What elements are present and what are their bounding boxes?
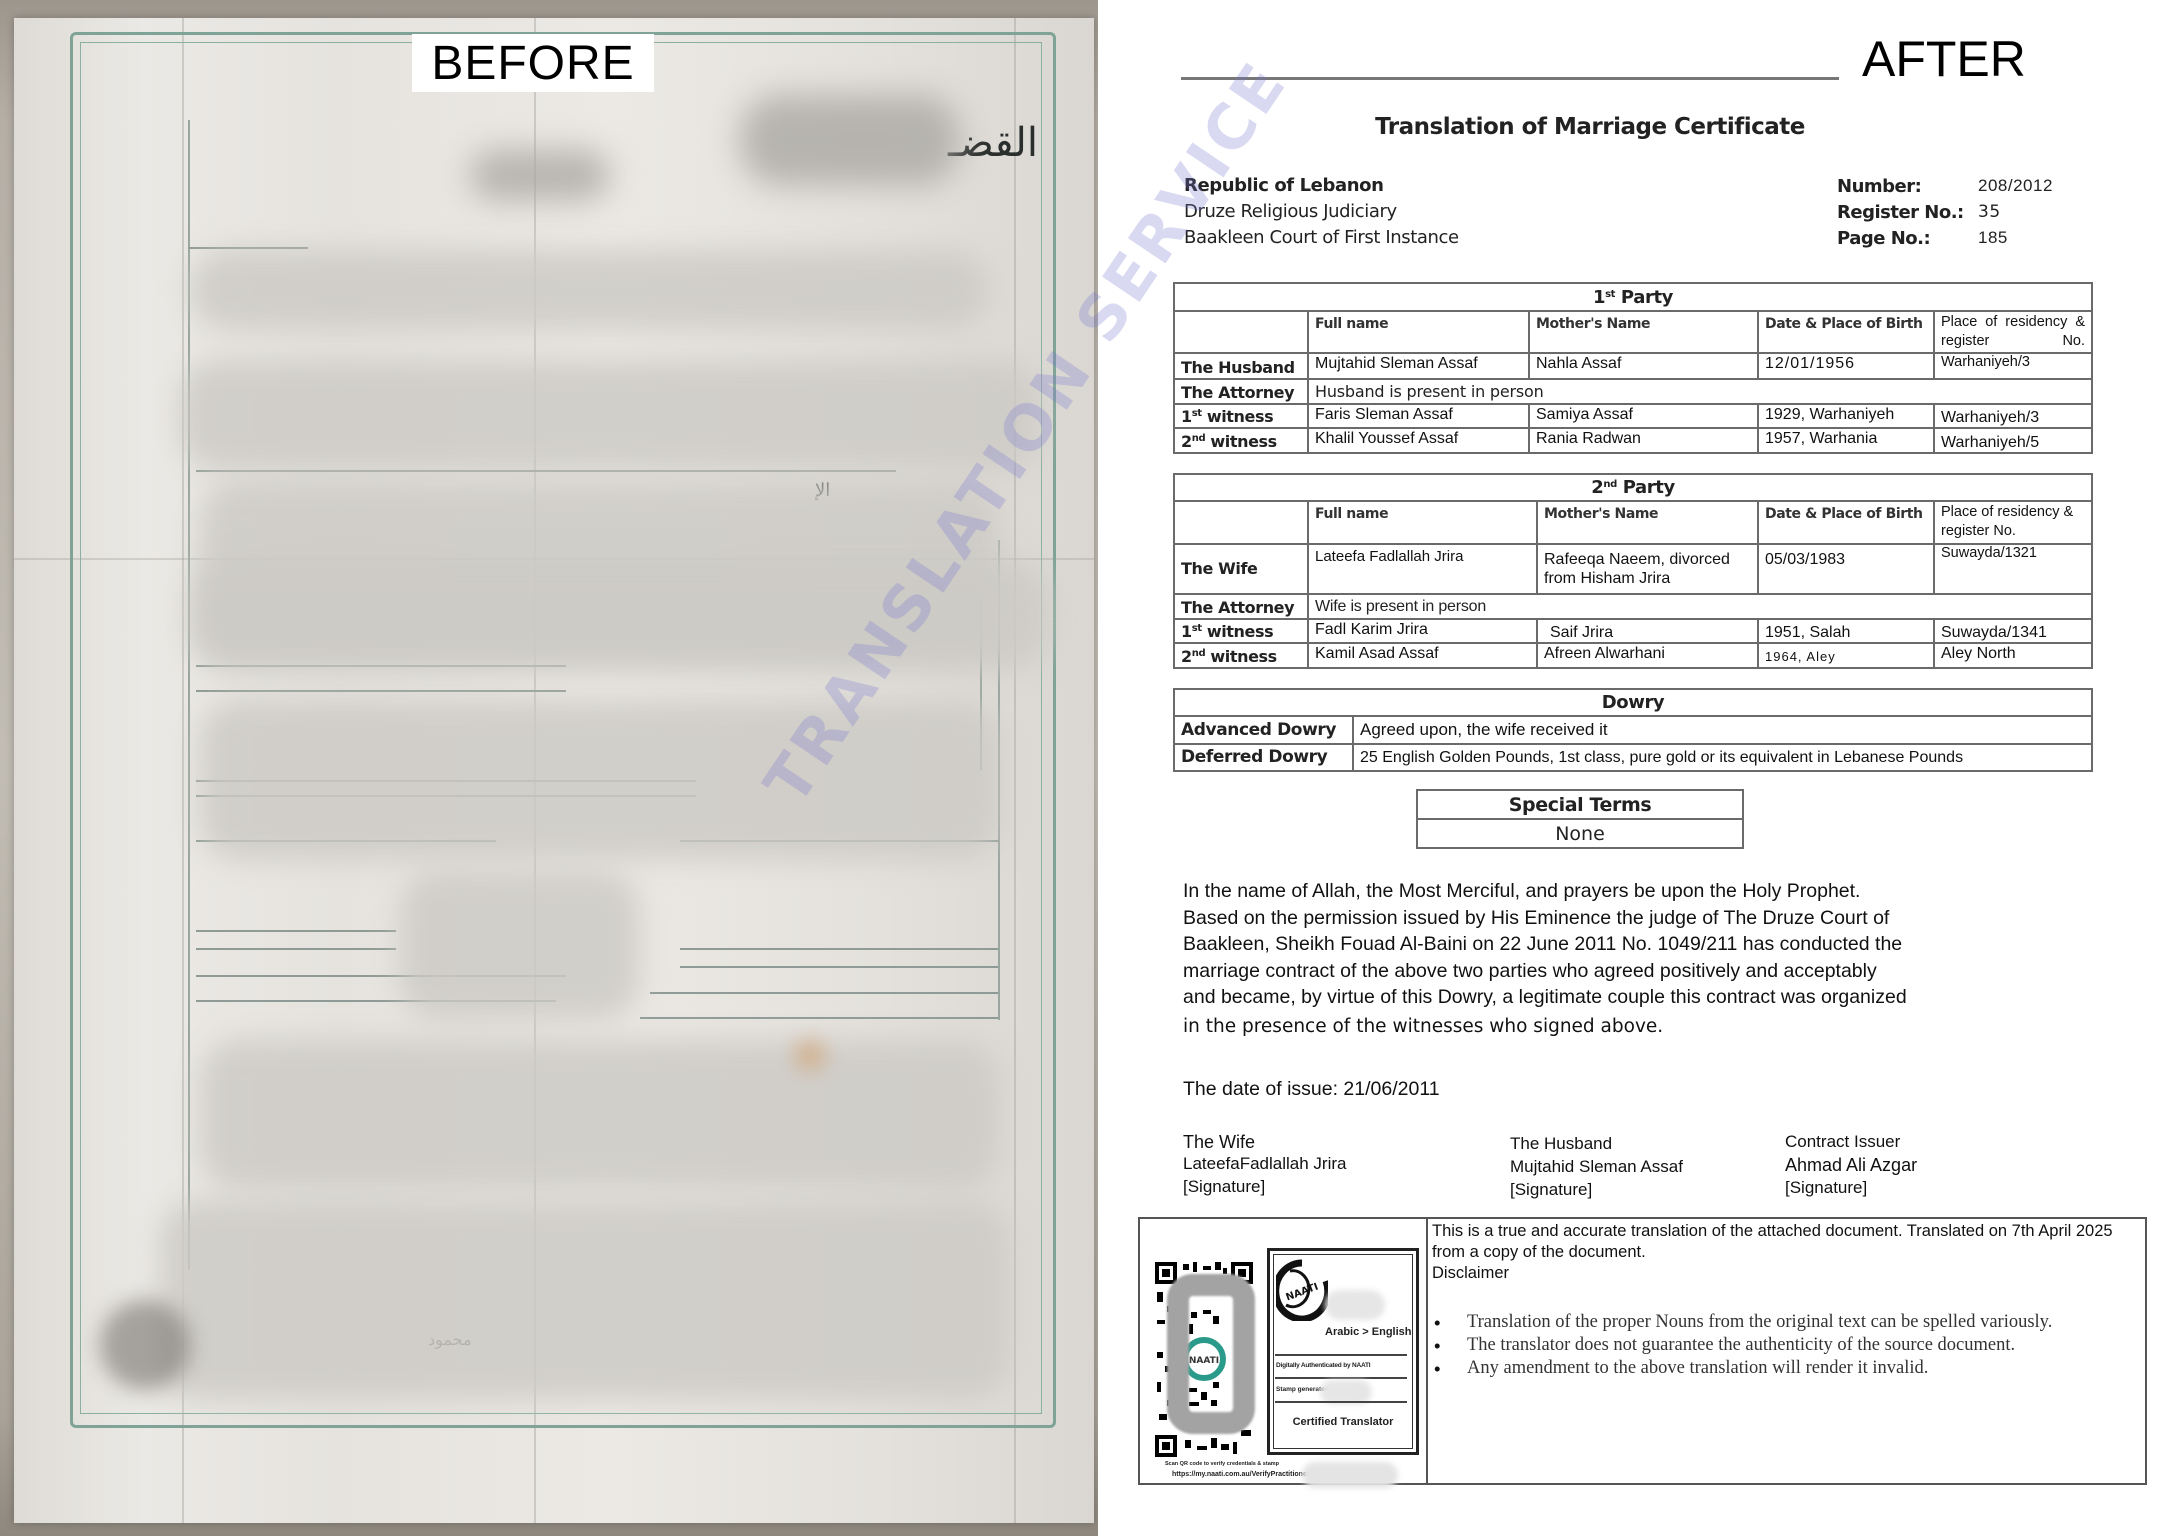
number-label: Number: — [1837, 176, 1921, 197]
form-line — [650, 992, 1000, 994]
advanced-dowry-label: Advanced Dowry — [1174, 716, 1353, 744]
redaction-blur — [190, 250, 990, 330]
stamp-authenticated: Digitally Authenticated by NAATI — [1276, 1362, 1370, 1369]
row-label: The Wife — [1174, 544, 1308, 594]
body-line: In the name of Allah, the Most Merciful,… — [1183, 878, 2063, 905]
column-header-residency: Place of residency & register No. — [1934, 501, 2092, 544]
special-terms-title: Special Terms — [1417, 790, 1743, 819]
signature-placeholder: [Signature] — [1183, 1177, 1346, 1200]
page-label: Page No.: — [1837, 228, 1930, 249]
signature-block-issuer: Contract Issuer Ahmad Ali Azgar [Signatu… — [1785, 1132, 1917, 1201]
husband-birth: 12/01/1956 — [1758, 353, 1934, 379]
husband-mother: Nahla Assaf — [1529, 353, 1758, 379]
redaction-blur — [1302, 1462, 1398, 1488]
signature-role: The Husband — [1510, 1134, 1683, 1157]
wife-birth: 05/03/1983 — [1758, 544, 1934, 594]
stain-mark — [795, 1040, 825, 1070]
signature-block-husband: The Husband Mujtahid Sleman Assaf [Signa… — [1510, 1134, 1683, 1203]
witness2-mother: Afreen Alwarhani — [1537, 643, 1758, 668]
redaction-blur — [1325, 1290, 1385, 1320]
witness1-full-name: Faris Sleman Assaf — [1308, 404, 1529, 428]
witness2-birth: 1957, Warhania — [1758, 428, 1934, 453]
certificate-body: In the name of Allah, the Most Merciful,… — [1183, 878, 2063, 1011]
husband-residency: Warhaniyeh/3 — [1934, 353, 2092, 379]
row-label: The Attorney — [1174, 379, 1308, 404]
signature-role: Contract Issuer — [1785, 1132, 1917, 1155]
table-row: The Husband Mujtahid Sleman Assaf Nahla … — [1174, 353, 2092, 379]
issuer-judiciary: Druze Religious Judiciary — [1184, 201, 1397, 222]
issue-date: The date of issue: 21/06/2011 — [1183, 1078, 1440, 1101]
column-header-mother: Mother's Name — [1537, 501, 1758, 544]
first-party-table: 1st Party Full name Mother's Name Date &… — [1173, 282, 2093, 454]
body-line: Baakleen, Sheikh Fouad Al-Baini on 22 Ju… — [1183, 931, 2063, 958]
witness2-birth: 1964, Aley — [1758, 643, 1934, 668]
signature-name: Mujtahid Sleman Assaf — [1510, 1157, 1683, 1180]
number-value: 208/2012 — [1978, 176, 2053, 196]
bullet-icon: • — [1434, 1357, 1440, 1380]
row-label: 2nd witness — [1174, 428, 1308, 453]
issuer-country: Republic of Lebanon — [1184, 175, 1384, 196]
special-terms-table: Special Terms None — [1416, 789, 1744, 849]
first-party-title: 1st Party — [1174, 283, 2092, 311]
table-row: The Attorney Wife is present in person — [1174, 594, 2092, 619]
witness2-full-name: Kamil Asad Assaf — [1308, 643, 1537, 668]
form-line — [196, 470, 896, 472]
witness1-mother: Saif Jrira — [1537, 619, 1758, 643]
empty-header-cell — [1174, 501, 1308, 544]
table-row: 1st witness Fadl Karim Jrira Saif Jrira … — [1174, 619, 2092, 643]
signature-name: Ahmad Ali Azgar — [1785, 1155, 1917, 1178]
signature-role: The Wife — [1183, 1132, 1346, 1155]
disclaimer-item: •The translator does not guarantee the a… — [1432, 1334, 2132, 1357]
row-label: The Attorney — [1174, 594, 1308, 619]
wife-residency: Suwayda/1321 — [1934, 544, 2092, 594]
form-line — [680, 966, 1000, 968]
page-value: 185 — [1978, 228, 2008, 248]
redaction-blur — [200, 700, 1000, 860]
deferred-dowry-label: Deferred Dowry — [1174, 744, 1353, 771]
empty-header-cell — [1174, 311, 1308, 353]
redaction-blur — [470, 150, 610, 200]
form-line — [196, 948, 396, 950]
husband-full-name: Mujtahid Sleman Assaf — [1308, 353, 1529, 379]
witness1-full-name: Fadl Karim Jrira — [1308, 619, 1537, 643]
stamp-rule — [1275, 1377, 1407, 1379]
table-row: 1st witness Faris Sleman Assaf Samiya As… — [1174, 404, 2092, 428]
second-party-title: 2nd Party — [1174, 474, 2092, 501]
form-line — [196, 690, 566, 692]
table-row: 2nd witness Khalil Youssef Assaf Rania R… — [1174, 428, 2092, 453]
qr-caption: Scan QR code to verify credentials & sta… — [1165, 1461, 1279, 1467]
after-label: AFTER — [1862, 30, 2026, 88]
column-header-birth: Date & Place of Birth — [1758, 311, 1934, 353]
column-header-full-name: Full name — [1308, 501, 1537, 544]
witness2-residency: Warhaniyeh/5 — [1934, 428, 2092, 453]
form-line — [640, 1017, 1000, 1019]
column-header-residency: Place of residency & register No. — [1934, 311, 2092, 353]
special-terms-value: None — [1417, 819, 1743, 848]
qr-redaction-mask — [1167, 1274, 1255, 1434]
stamp-language-pair: Arabic > English — [1325, 1326, 1412, 1338]
bullet-icon: • — [1434, 1311, 1440, 1334]
table-row: 2nd witness Kamil Asad Assaf Afreen Alwa… — [1174, 643, 2092, 668]
stamp-rule — [1275, 1401, 1407, 1403]
naati-logo-icon: NAATI — [1276, 1259, 1328, 1321]
row-label: 1st witness — [1174, 619, 1308, 643]
redaction-blur — [200, 1040, 1000, 1190]
body-line: and became, by virtue of this Dowry, a l… — [1183, 984, 2063, 1011]
witness1-birth: 1929, Warhaniyeh — [1758, 404, 1934, 428]
disclaimer-title: Disclaimer — [1432, 1263, 2144, 1284]
form-line — [188, 247, 308, 249]
row-label: 2nd witness — [1174, 643, 1308, 668]
disclaimer-list: •Translation of the proper Nouns from th… — [1432, 1311, 2132, 1380]
statement-text: This is a true and accurate translation … — [1432, 1221, 2144, 1263]
column-header-birth: Date & Place of Birth — [1758, 501, 1934, 544]
redaction-blur — [160, 1200, 1010, 1400]
before-label: BEFORE — [412, 34, 654, 92]
before-photo: القضـ الإ محمود BEFORE — [0, 0, 1098, 1536]
row-label: 1st witness — [1174, 404, 1308, 428]
signature-placeholder: [Signature] — [1785, 1178, 1917, 1201]
register-label: Register No.: — [1837, 202, 1964, 223]
advanced-dowry-value: Agreed upon, the wife received it — [1353, 716, 2092, 744]
stamp-role: Certified Translator — [1273, 1416, 1413, 1428]
row-label: The Husband — [1174, 353, 1308, 379]
header-rule — [1181, 77, 1839, 80]
dowry-title: Dowry — [1174, 689, 2092, 716]
form-line — [196, 930, 396, 932]
issuer-court: Baakleen Court of First Instance — [1184, 227, 1459, 248]
table-row: Advanced Dowry Agreed upon, the wife rec… — [1174, 716, 2092, 744]
witness2-mother: Rania Radwan — [1529, 428, 1758, 453]
disclaimer-item: •Any amendment to the above translation … — [1432, 1357, 2132, 1380]
husband-attorney-note: Husband is present in person — [1308, 379, 2092, 404]
table-row: The Attorney Husband is present in perso… — [1174, 379, 2092, 404]
signature-name: LateefaFadlallah Jrira — [1183, 1154, 1346, 1177]
witness1-residency: Suwayda/1341 — [1934, 619, 2092, 643]
redaction-blur — [190, 560, 1050, 670]
body-line: Based on the permission issued by His Em… — [1183, 905, 2063, 932]
second-party-table: 2nd Party Full name Mother's Name Date &… — [1173, 473, 2093, 669]
burn-mark — [100, 1300, 190, 1390]
arabic-heading-fragment: القضـ — [948, 120, 1038, 166]
register-value: 35 — [1978, 202, 2001, 222]
body-line: in the presence of the witnesses who sig… — [1183, 1016, 1663, 1037]
column-header-full-name: Full name — [1308, 311, 1529, 353]
signature-block-wife: The Wife LateefaFadlallah Jrira [Signatu… — [1183, 1132, 1346, 1200]
certification-divider — [1426, 1217, 1428, 1485]
table-row: Deferred Dowry 25 English Golden Pounds,… — [1174, 744, 2092, 771]
witness1-mother: Samiya Assaf — [1529, 404, 1758, 428]
wife-mother: Rafeeqa Naeem, divorced from Hisham Jrir… — [1537, 544, 1758, 594]
disclaimer-item: •Translation of the proper Nouns from th… — [1432, 1311, 2132, 1334]
wife-full-name: Lateefa Fadlallah Jrira — [1308, 544, 1537, 594]
witness1-residency: Warhaniyeh/3 — [1934, 404, 2092, 428]
wife-attorney-note: Wife is present in person — [1308, 594, 2092, 619]
column-header-mother: Mother's Name — [1529, 311, 1758, 353]
translator-statement: This is a true and accurate translation … — [1432, 1221, 2144, 1284]
witness2-residency: Aley North — [1934, 643, 2092, 668]
redaction-blur — [400, 870, 640, 1020]
deferred-dowry-value: 25 English Golden Pounds, 1st class, pur… — [1353, 744, 2092, 771]
stamp-rule — [1275, 1354, 1407, 1356]
redaction-blur — [180, 360, 1040, 470]
body-line: marriage contract of the above two parti… — [1183, 958, 2063, 985]
dowry-table: Dowry Advanced Dowry Agreed upon, the wi… — [1173, 688, 2093, 772]
witness2-full-name: Khalil Youssef Assaf — [1308, 428, 1529, 453]
signature-placeholder: [Signature] — [1510, 1180, 1683, 1203]
form-line — [680, 948, 1000, 950]
redaction-blur — [740, 95, 960, 185]
svg-text:NAATI: NAATI — [1284, 1282, 1319, 1304]
table-row: The Wife Lateefa Fadlallah Jrira Rafeeqa… — [1174, 544, 2092, 594]
bullet-icon: • — [1434, 1334, 1440, 1357]
document-title: Translation of Marriage Certificate — [1160, 114, 2020, 140]
witness1-birth: 1951, Salah — [1758, 619, 1934, 643]
